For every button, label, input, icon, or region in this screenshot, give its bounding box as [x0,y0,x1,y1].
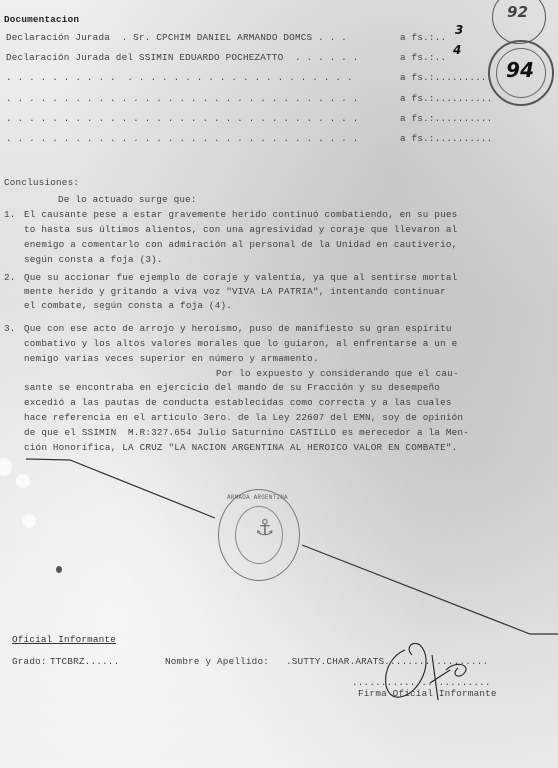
ink-smudge [56,566,62,573]
rank-value: TTCBRZ...... [50,656,119,667]
name-value: .SUTTY.CHAR.ARATS.................. [286,656,488,667]
anchor-icon: ⚓ [255,516,275,541]
signature-label: Firma Oficial Informante [358,688,497,699]
officer-heading: Oficial Informante [12,634,116,645]
signature-line: ........................ [352,677,491,688]
seal-text: ARMADA ARGENTINA [227,494,288,501]
rank-label: Grado: [12,656,47,667]
navy-seal: ARMADA ARGENTINA ⚓ [218,489,300,581]
cancellation-line [0,0,558,768]
name-label: Nombre y Apellido: [165,656,269,667]
document-page: Documentacion Declaración Jurada . Sr. C… [0,0,558,768]
